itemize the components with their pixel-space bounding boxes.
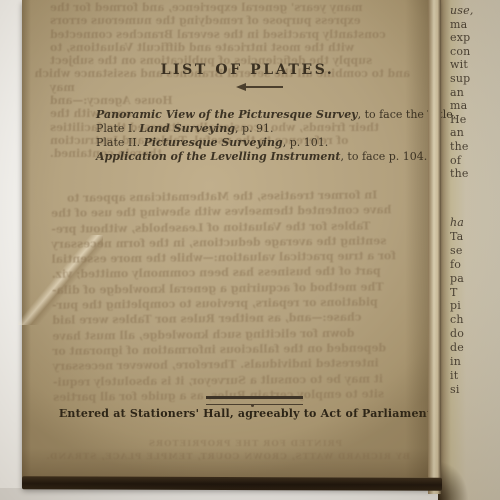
list-item: Application of the Levelling Instrument,… [96, 150, 426, 164]
text-line: express purpose of remedying the numerou… [50, 14, 410, 27]
facing-page-text-fragments-lower: haTasefopaTpichdodeinitsi [450, 216, 496, 397]
text-line: the [450, 167, 496, 181]
text-line: use, [450, 4, 496, 18]
text-line: ha [450, 216, 496, 230]
text-line: sup [450, 72, 496, 86]
text-line: exp [450, 31, 496, 45]
page-title: LIST OF PLATES. [60, 62, 435, 78]
list-item: Plate I. Land Surveying, p. 91. [96, 122, 426, 136]
text-line: many years' general experience, and form… [50, 1, 410, 14]
double-rule-divider [206, 396, 303, 405]
text-line: may [50, 81, 410, 94]
text-line: T [450, 286, 496, 300]
text-line: an [450, 126, 496, 140]
stationers-hall-notice: Entered at Stationers' Hall, agreeably t… [55, 407, 440, 420]
page-fore-edge [428, 0, 441, 494]
text-line: fo [450, 258, 496, 272]
plate-prefix: Plate II. [96, 136, 144, 149]
page-shadow [438, 462, 468, 500]
plate-title: Land Surveying [139, 122, 235, 135]
plate-reference: , p. 91. [235, 122, 274, 135]
plate-reference: , p. 101. [283, 136, 329, 149]
text-line: it [450, 369, 496, 383]
showthrough-text-middle: In former treatises, the Mathematicians … [51, 187, 409, 405]
text-line: of [450, 154, 496, 168]
text-line: wit [450, 58, 496, 72]
text-line: ch [450, 313, 496, 327]
text-line: con [450, 45, 496, 59]
arrow-ornament [245, 86, 283, 88]
text-line: pi [450, 299, 496, 313]
plate-title: Application of the Levelling Instrument [96, 150, 340, 163]
text-line: constantly practised in the several Bran… [50, 28, 410, 41]
book-photo: use,maexpconwitsupanmaHeantheofthe haTas… [0, 0, 500, 500]
text-line: si [450, 383, 496, 397]
book-bottom-edge [22, 476, 442, 490]
text-line: in [450, 355, 496, 369]
plate-title: Picturesque Surveying [144, 136, 283, 149]
text-line: the [450, 140, 496, 154]
list-item: Panoramic View of the Picturesque Survey… [96, 108, 426, 122]
text-line: ma [450, 18, 496, 32]
text-line: pa [450, 272, 496, 286]
plates-list: Panoramic View of the Picturesque Survey… [96, 108, 426, 164]
text-line: de [450, 341, 496, 355]
text-line: with the most intricate and difficult Va… [50, 41, 410, 54]
text-line: se [450, 244, 496, 258]
text-line: Ta [450, 230, 496, 244]
plate-prefix: Plate I. [96, 122, 139, 135]
text-line: ma [450, 99, 496, 113]
text-line: do [450, 327, 496, 341]
list-item: Plate II. Picturesque Surveying, p. 101. [96, 136, 426, 150]
text-line: House Agency:—and [50, 94, 410, 107]
plate-title: Panoramic View of the Picturesque Survey [96, 108, 358, 121]
arrow-ornament-head [236, 83, 246, 91]
page-bottom-shading [22, 448, 439, 477]
facing-page-text-fragments-upper: use,maexpconwitsupanmaHeantheofthe [450, 4, 496, 181]
text-line: He [450, 113, 496, 127]
text-line: an [450, 86, 496, 100]
